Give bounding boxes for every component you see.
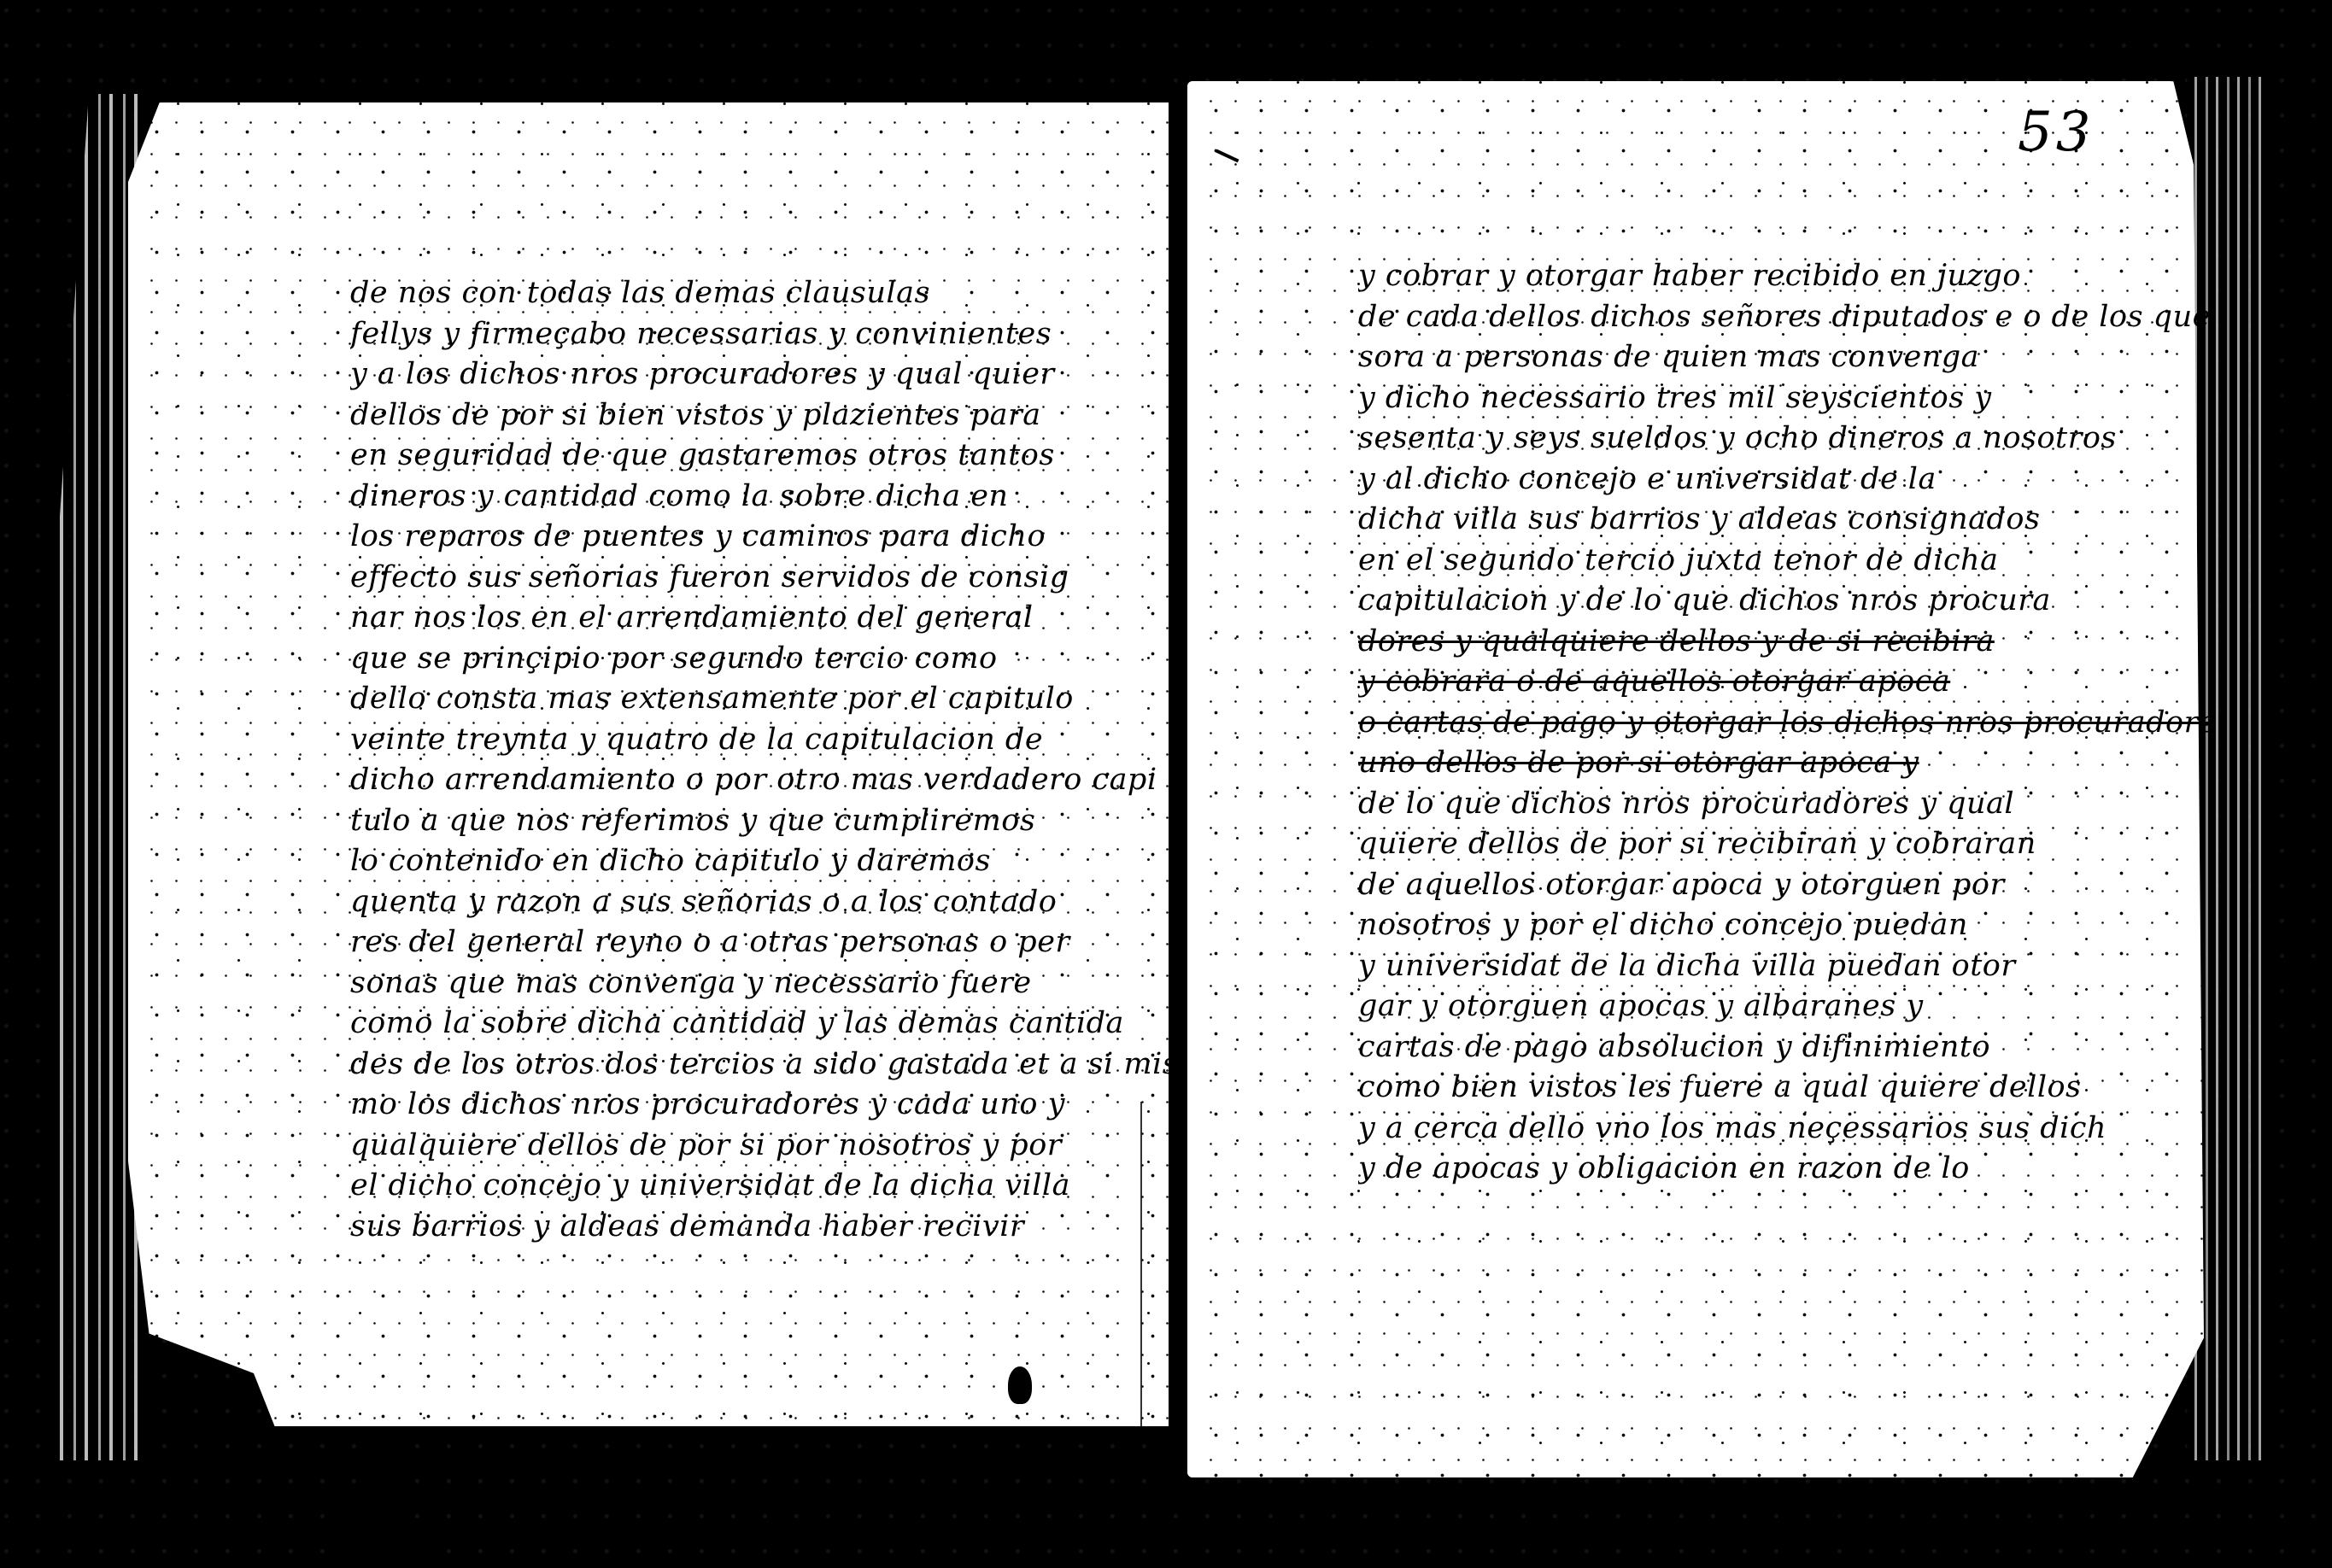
manuscript-line: qualquiere dellos de por si por nosotros… bbox=[350, 1126, 1170, 1167]
manuscript-line: sesenta y seys sueldos y ocho dineros a … bbox=[1358, 418, 2212, 459]
manuscript-line: dello consta mas extensamente por el cap… bbox=[350, 679, 1170, 720]
manuscript-line: y de apocas y obligacion en razon de lo bbox=[1358, 1149, 2212, 1190]
ink-blot bbox=[1008, 1366, 1032, 1404]
manuscript-line: dicha villa sus barrios y aldeas consign… bbox=[1358, 500, 2212, 541]
manuscript-line: nosotros y por el dicho concejo puedan bbox=[1358, 905, 2212, 946]
struck-text: uno dellos de por si otorgar apoca y bbox=[1358, 746, 1919, 780]
folio-number: 53 bbox=[2018, 101, 2094, 164]
manuscript-line: dineros y cantidad como la sobre dicha e… bbox=[350, 477, 1170, 518]
struck-text: o cartas de pago y otorgar los dichos nr… bbox=[1358, 705, 2212, 740]
manuscript-line: y al dicho concejo e universidat de la bbox=[1358, 459, 2212, 500]
manuscript-line: sora a personas de quien mas convenga bbox=[1358, 337, 2212, 378]
manuscript-line: mo los dichos nros procuradores y cada u… bbox=[350, 1085, 1170, 1126]
manuscript-line: de lo que dichos nros procuradores y qua… bbox=[1358, 784, 2212, 825]
manuscript-line-struck: uno dellos de por si otorgar apoca y bbox=[1358, 743, 2212, 784]
book-spine-gutter bbox=[1169, 85, 1182, 1486]
manuscript-line: en seguridad de que gastaremos otros tan… bbox=[350, 436, 1170, 477]
manuscript-line: capitulacion y de lo que dichos nros pro… bbox=[1358, 581, 2212, 622]
manuscript-line: los reparos de puentes y caminos para di… bbox=[350, 517, 1170, 558]
manuscript-line: y cobrar y otorgar haber recibido en juz… bbox=[1358, 256, 2212, 297]
manuscript-line: que se prinçipio por segundo tercio como bbox=[350, 639, 1170, 680]
manuscript-line-struck: y cobrara o de aquellos otorgar apoca bbox=[1358, 662, 2212, 703]
manuscript-line: sonas que mas convenga y necessario fuer… bbox=[350, 963, 1170, 1004]
manuscript-line: y dicho necessario tres mil seyscientos … bbox=[1358, 378, 2212, 419]
manuscript-line: quenta y razon a sus señorias o a los co… bbox=[350, 882, 1170, 923]
manuscript-line: como bien vistos les fuere a qual quiere… bbox=[1358, 1068, 2212, 1109]
manuscript-line: de cada dellos dichos señores diputados … bbox=[1358, 297, 2212, 338]
manuscript-line: gar y otorguen apocas y albaranes y bbox=[1358, 986, 2212, 1027]
manuscript-line: en el segundo tercio juxta tenor de dich… bbox=[1358, 541, 2212, 582]
manuscript-line: res del general reyno o a otras personas… bbox=[350, 922, 1170, 963]
manuscript-line: sus barrios y aldeas demanda haber reciv… bbox=[350, 1207, 1170, 1248]
manuscript-line: dellos de por si bien vistos y plaziente… bbox=[350, 395, 1170, 436]
manuscript-line: fellys y firmeçabo necessarias y convini… bbox=[350, 314, 1170, 355]
manuscript-line: lo contenido en dicho capitulo y daremos bbox=[350, 841, 1170, 882]
manuscript-line: y a los dichos nros procuradores y qual … bbox=[350, 354, 1170, 395]
manuscript-line-struck: dores y qualquiere dellos y de si recibi… bbox=[1358, 622, 2212, 663]
manuscript-line: y universidat de la dicha villa puedan o… bbox=[1358, 946, 2212, 987]
manuscript-line: effecto sus señorias fueron servidos de … bbox=[350, 558, 1170, 599]
manuscript-line: de aquellos otorgar apoca y otorguen por bbox=[1358, 865, 2212, 906]
manuscript-line: des de los otros dos tercios a sido gast… bbox=[350, 1044, 1170, 1085]
right-page-text: y cobrar y otorgar haber recibido en juz… bbox=[1358, 256, 2212, 1190]
manuscript-line: el dicho concejo y universidat de la dic… bbox=[350, 1166, 1170, 1207]
manuscript-line: veinte treynta y quatro de la capitulaci… bbox=[350, 720, 1170, 761]
manuscript-line: cartas de pago absolucion y difinimiento bbox=[1358, 1027, 2212, 1068]
manuscript-line: tulo a que nos referimos y que cumplirem… bbox=[350, 801, 1170, 842]
manuscript-line: dicho arrendamiento o por otro mas verda… bbox=[350, 760, 1170, 801]
manuscript-line: como la sobre dicha cantidad y las demas… bbox=[350, 1003, 1170, 1044]
struck-text: dores y qualquiere dellos y de si recibi… bbox=[1358, 624, 1995, 658]
manuscript-line: de nos con todas las demas clausulas bbox=[350, 273, 1170, 314]
manuscript-line: nar nos los en el arrendamiento del gene… bbox=[350, 598, 1170, 639]
left-page-text: de nos con todas las demas clausulas fel… bbox=[350, 273, 1170, 1247]
struck-text: y cobrara o de aquellos otorgar apoca bbox=[1358, 664, 1950, 699]
manuscript-line: y a cerca dello vno los mas neçessarios … bbox=[1358, 1109, 2212, 1150]
manuscript-line-struck: o cartas de pago y otorgar los dichos nr… bbox=[1358, 703, 2212, 744]
manuscript-line: quiere dellos de por si recibiran y cobr… bbox=[1358, 824, 2212, 865]
